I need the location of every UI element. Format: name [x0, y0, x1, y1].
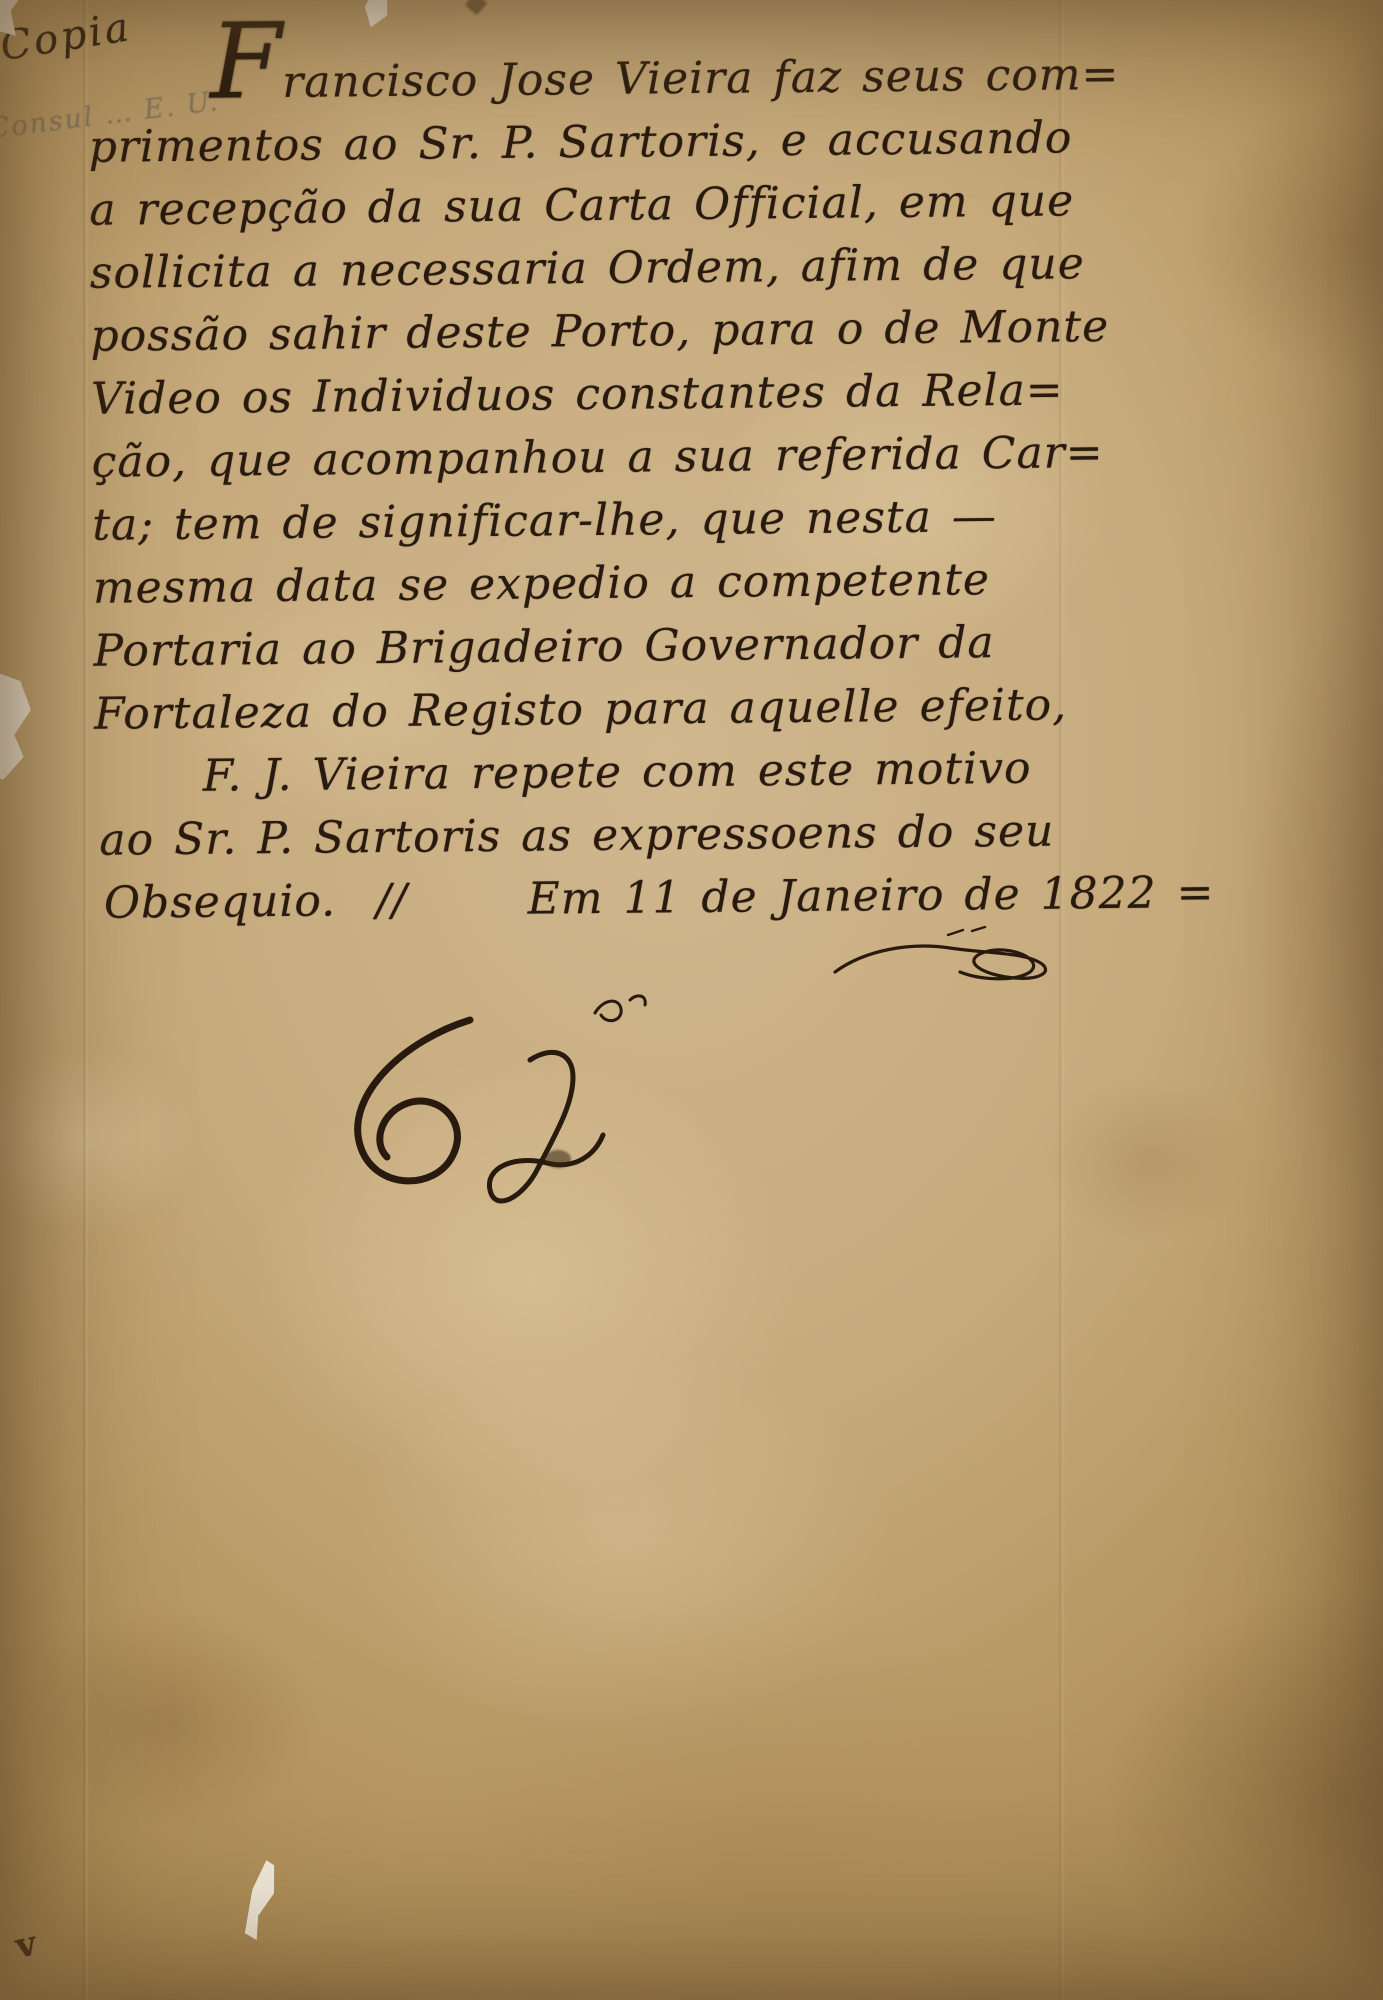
letter-line: ao Sr. P. Sartoris as expressoens do seu [95, 799, 1096, 872]
letter-line: primentos ao Sr. P. Sartoris, e accusand… [88, 106, 1089, 179]
letter-line: a recepção da sua Carta Official, em que [89, 169, 1090, 242]
paper-tear [241, 1859, 282, 1942]
letter-body: Francisco Jose Vieira faz seus com= prim… [88, 43, 1096, 935]
letter-line: Portaria ao Brigadeiro Governador da [93, 610, 1094, 683]
letter-line: Fortaleza do Registo para aquelle efeito… [94, 673, 1095, 746]
manuscript-page: Copia Consul … E. U. Francisco Jose Viei… [0, 0, 1383, 2000]
paper-crease [82, 0, 89, 2000]
paper-tear [360, 0, 392, 30]
signature-rubric [285, 985, 685, 1230]
date-flourish [820, 922, 1060, 997]
paper-tear [0, 671, 33, 781]
letter-line: ta; tem de significar-lhe, que nesta — [92, 484, 1093, 557]
letter-line: F. J. Vieira repete com este motivo [94, 736, 1095, 809]
ink-speck [465, 0, 488, 15]
ink-mark: v [12, 1923, 40, 1966]
letter-line: mesma data se expedio a competente [93, 547, 1094, 620]
letter-line: ção, que acompanhou a sua referida Car= [91, 421, 1092, 494]
letter-line: possão sahir deste Porto, para o de Mont… [90, 295, 1091, 368]
letter-line: Video os Individuos constantes da Rela= [91, 358, 1092, 431]
letter-line: Obsequio. // Em 11 de Janeiro de 1822 = [96, 862, 1097, 935]
letter-line: Francisco Jose Vieira faz seus com= [88, 43, 1089, 116]
ink-blot [545, 1150, 571, 1168]
letter-line: sollicita a necessaria Ordem, afim de qu… [90, 232, 1091, 305]
